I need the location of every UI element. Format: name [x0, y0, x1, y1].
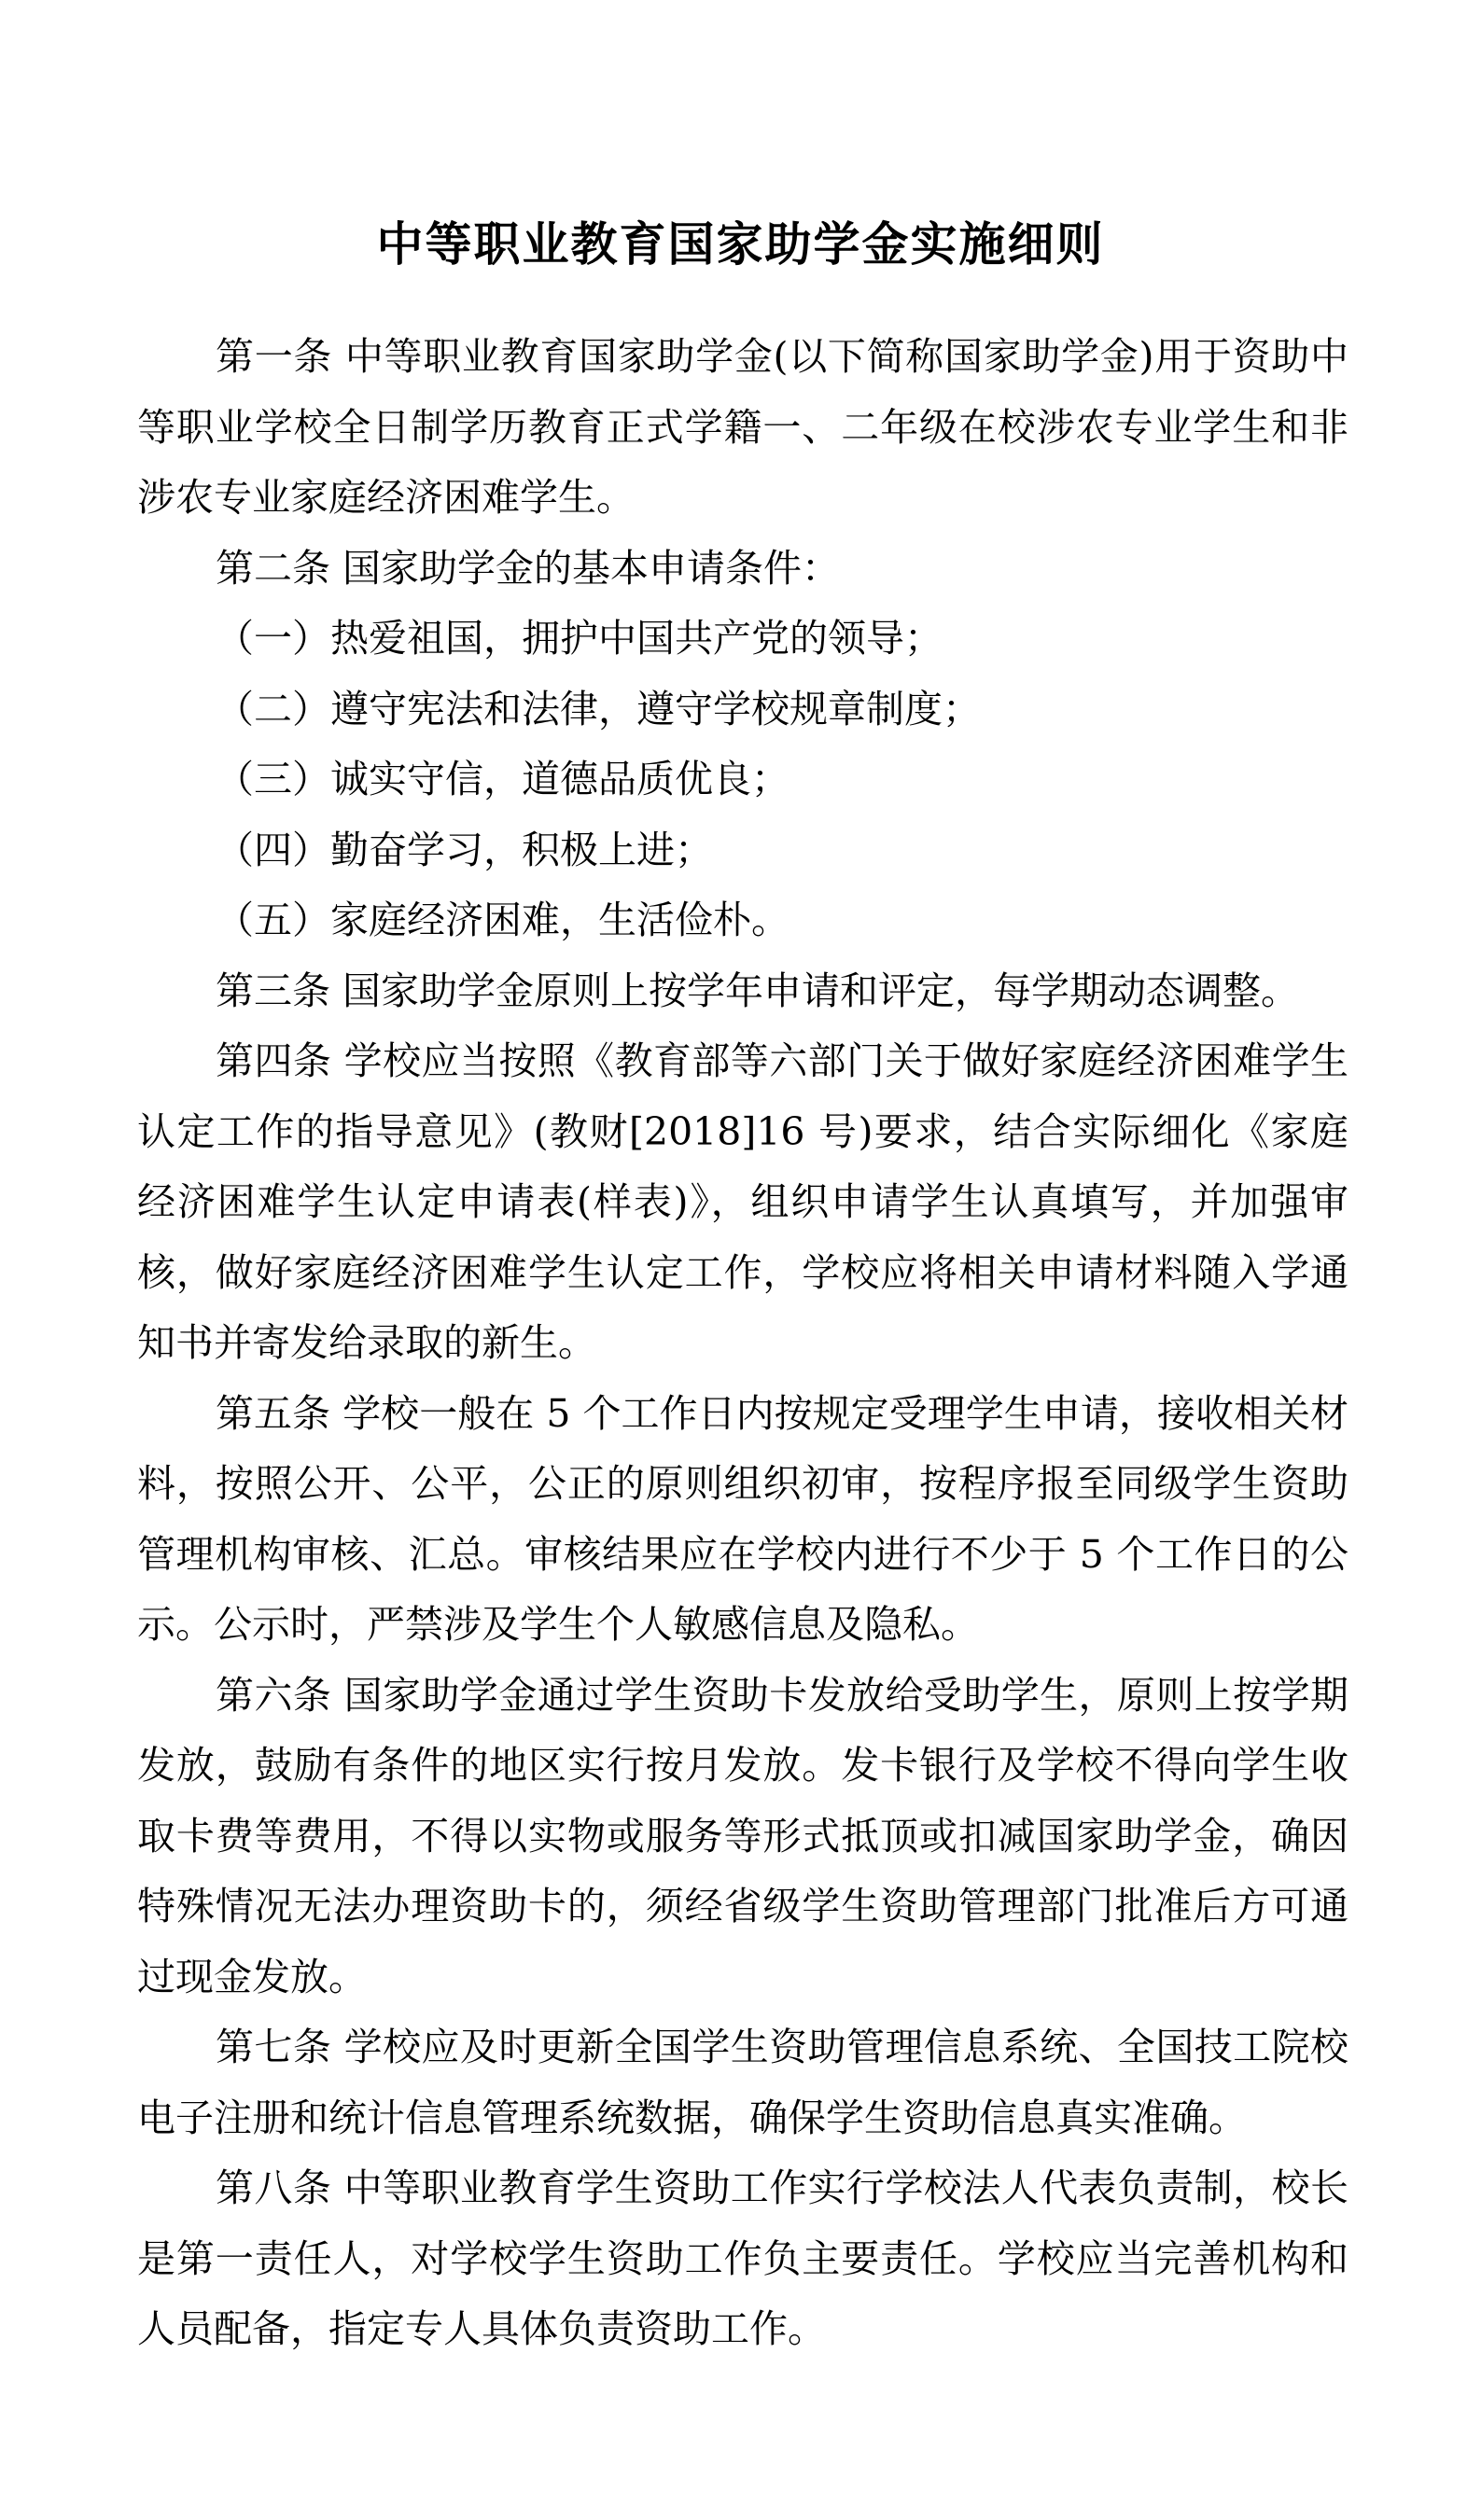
article-8: 第八条 中等职业教育学生资助工作实行学校法人代表负责制，校长是第一责任人，对学校… — [137, 2153, 1348, 2365]
condition-text: 热爱祖国，拥护中国共产党的领导； — [330, 616, 943, 661]
article-1: 第一条 中等职业教育国家助学金(以下简称国家助学金)用于资助中等职业学校全日制学… — [137, 322, 1348, 534]
condition-item-2: （二）遵守宪法和法律，遵守学校规章制度； — [137, 675, 1348, 745]
document-title: 中等职业教育国家助学金实施细则 — [0, 207, 1481, 282]
article-2: 第二条 国家助学金的基本申请条件： — [137, 534, 1348, 605]
condition-number: （一） — [216, 604, 330, 675]
condition-text: 家庭经济困难，生活俭朴。 — [330, 898, 789, 942]
condition-number: （三） — [216, 745, 330, 815]
condition-number: （五） — [216, 885, 330, 956]
condition-text: 遵守宪法和法律，遵守学校规章制度； — [330, 687, 981, 731]
condition-text: 诚实守信，道德品质优良； — [330, 757, 789, 801]
article-5: 第五条 学校一般在 5 个工作日内按规定受理学生申请，接收相关材料，按照公开、公… — [137, 1379, 1348, 1661]
condition-text: 勤奋学习，积极上进； — [330, 828, 713, 872]
condition-number: （二） — [216, 675, 330, 745]
article-6: 第六条 国家助学金通过学生资助卡发放给受助学生，原则上按学期发放，鼓励有条件的地… — [137, 1661, 1348, 2013]
condition-number: （四） — [216, 815, 330, 886]
article-7: 第七条 学校应及时更新全国学生资助管理信息系统、全国技工院校电子注册和统计信息管… — [137, 2012, 1348, 2153]
document-page: 中等职业教育国家助学金实施细则 第一条 中等职业教育国家助学金(以下简称国家助学… — [0, 0, 1481, 2520]
article-3: 第三条 国家助学金原则上按学年申请和评定，每学期动态调整。 — [137, 956, 1348, 1027]
document-body: 第一条 中等职业教育国家助学金(以下简称国家助学金)用于资助中等职业学校全日制学… — [137, 322, 1348, 2365]
condition-item-4: （四）勤奋学习，积极上进； — [137, 815, 1348, 886]
condition-item-3: （三）诚实守信，道德品质优良； — [137, 745, 1348, 815]
condition-item-1: （一）热爱祖国，拥护中国共产党的领导； — [137, 604, 1348, 675]
condition-item-5: （五）家庭经济困难，生活俭朴。 — [137, 885, 1348, 956]
article-4: 第四条 学校应当按照《教育部等六部门关于做好家庭经济困难学生认定工作的指导意见》… — [137, 1026, 1348, 1379]
